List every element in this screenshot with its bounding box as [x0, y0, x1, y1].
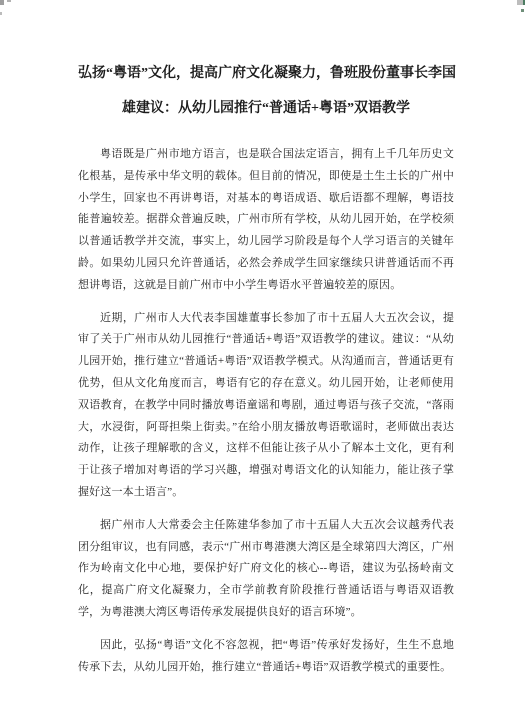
screen-artifact-top-left-1: [0, 0, 4, 5]
paragraph-1: 粤语既是广州市地方语言，也是联合国法定语言，拥有上千几年历史文化根基，是传承中华…: [78, 144, 454, 297]
document-title-line-1: 弘扬“粤语”文化，提高广府文化凝聚力，鲁班股份董事长李国: [78, 56, 454, 91]
paragraph-4: 因此，弘扬“粤语”文化不容忽视，把“粤语”传承好发扬好，生生不息地传承下去，从幼…: [78, 635, 454, 679]
paragraph-2: 近期，广州市人大代表李国雄董事长参加了市十五届人大五次会议，提审了关于广州市从幼…: [78, 308, 454, 504]
screen-artifact-top-right-3: [521, 9, 524, 12]
paragraph-3: 据广州市人大常委会主任陈建华参加了市十五届人大五次会议越秀代表团分组审议，也有同…: [78, 515, 454, 624]
document-page: 弘扬“粤语”文化，提高广府文化凝聚力，鲁班股份董事长李国 雄建议：从幼儿园推行“…: [0, 0, 529, 710]
document-title: 弘扬“粤语”文化，提高广府文化凝聚力，鲁班股份董事长李国 雄建议：从幼儿园推行“…: [78, 56, 454, 126]
screen-artifact-top-left-3: [0, 12, 2, 15]
document-title-line-2: 雄建议：从幼儿园推行“普通话+粤语”双语教学: [78, 91, 454, 126]
screen-artifact-top-right-2: [523, 0, 525, 5]
screen-artifact-top-left-2: [7, 0, 11, 2]
document-body: 弘扬“粤语”文化，提高广府文化凝聚力，鲁班股份董事长李国 雄建议：从幼儿园推行“…: [78, 56, 454, 689]
